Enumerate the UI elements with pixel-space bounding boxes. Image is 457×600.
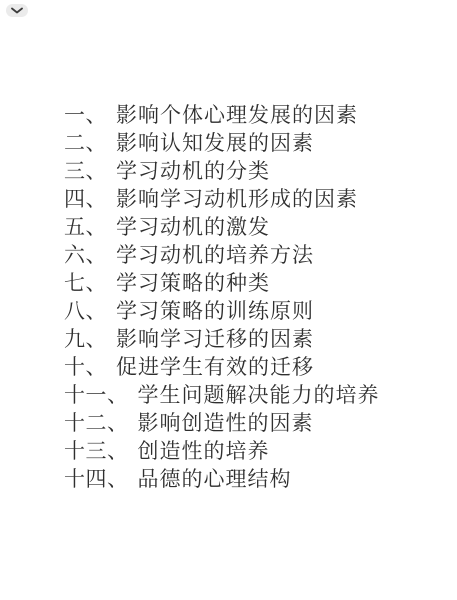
list-item-number: 三、	[64, 155, 107, 185]
list-item-title: 创造性的培养	[138, 435, 270, 465]
list-item-number: 十四、	[64, 463, 129, 493]
list-item: 二、 影响认知发展的因素	[64, 128, 437, 156]
list-item-title: 影响认知发展的因素	[116, 127, 314, 157]
list-item: 十一、 学生问题解决能力的培养	[64, 380, 437, 408]
list-item-number: 十三、	[64, 435, 129, 465]
list-item: 七、 学习策略的种类	[64, 268, 437, 296]
list-item-title: 学习动机的分类	[116, 155, 270, 185]
list-item-title: 影响个体心理发展的因素	[116, 99, 358, 129]
list-item-number: 六、	[64, 239, 107, 269]
list-item-title: 影响学习动机形成的因素	[116, 183, 358, 213]
list-item-number: 一、	[64, 99, 107, 129]
list-item: 五、 学习动机的激发	[64, 212, 437, 240]
list-item-number: 七、	[64, 267, 107, 297]
list-item-title: 学习策略的种类	[116, 267, 270, 297]
list-item: 八、 学习策略的训练原则	[64, 296, 437, 324]
list-item-title: 品德的心理结构	[138, 463, 292, 493]
list-item-number: 八、	[64, 295, 107, 325]
list-item-title: 学生问题解决能力的培养	[138, 379, 380, 409]
list-item: 十二、 影响创造性的因素	[64, 408, 437, 436]
list-item-number: 十一、	[64, 379, 129, 409]
list-item-number: 四、	[64, 183, 107, 213]
list-item: 十、 促进学生有效的迁移	[64, 352, 437, 380]
list-item: 一、 影响个体心理发展的因素	[64, 100, 437, 128]
list-item-title: 学习策略的训练原则	[116, 295, 314, 325]
list-item-title: 促进学生有效的迁移	[116, 351, 314, 381]
list-item: 十四、 品德的心理结构	[64, 464, 437, 492]
collapse-button[interactable]	[6, 4, 28, 17]
list-item: 四、 影响学习动机形成的因素	[64, 184, 437, 212]
list-item-title: 学习动机的培养方法	[116, 239, 314, 269]
list-item-title: 影响学习迁移的因素	[116, 323, 314, 353]
topic-outline-list: 一、 影响个体心理发展的因素 二、 影响认知发展的因素 三、 学习动机的分类 四…	[64, 100, 437, 492]
list-item-number: 五、	[64, 211, 107, 241]
list-item: 九、 影响学习迁移的因素	[64, 324, 437, 352]
list-item-number: 十、	[64, 351, 107, 381]
list-item: 三、 学习动机的分类	[64, 156, 437, 184]
list-item-title: 影响创造性的因素	[138, 407, 314, 437]
list-item: 十三、 创造性的培养	[64, 436, 437, 464]
list-item-number: 二、	[64, 127, 107, 157]
list-item-title: 学习动机的激发	[116, 211, 270, 241]
list-item: 六、 学习动机的培养方法	[64, 240, 437, 268]
chevron-down-icon	[11, 7, 23, 14]
image-viewer-page: 一、 影响个体心理发展的因素 二、 影响认知发展的因素 三、 学习动机的分类 四…	[0, 0, 457, 600]
list-item-number: 九、	[64, 323, 107, 353]
list-item-number: 十二、	[64, 407, 129, 437]
